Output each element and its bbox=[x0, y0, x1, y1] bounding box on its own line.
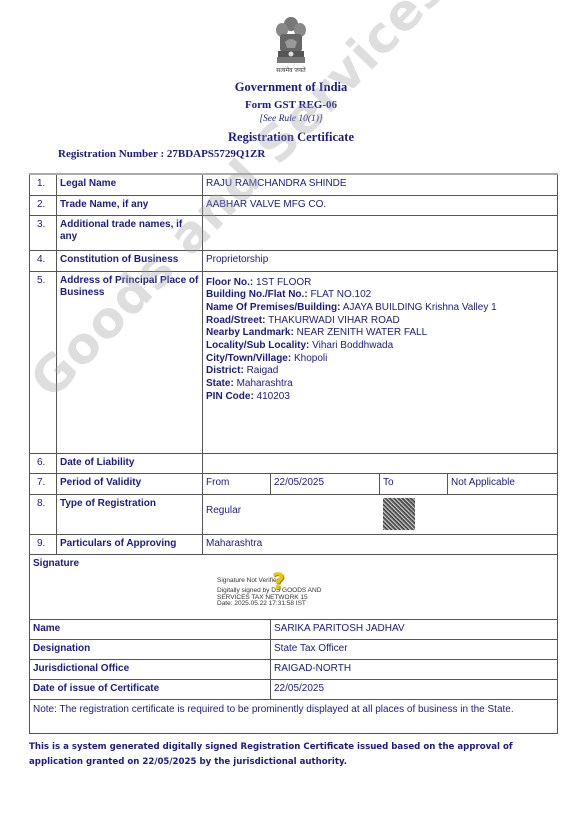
jurisdictional-office-label: Jurisdictional Office bbox=[30, 659, 271, 679]
table-row: 4. Constitution of Business Proprietorsh… bbox=[30, 250, 558, 271]
table-row: 9. Particulars of Approving Maharashtra bbox=[30, 534, 558, 554]
address-road: Road/Street: THAKURWADI VIHAR ROAD bbox=[206, 315, 554, 328]
table-row: 2. Trade Name, if any AABHAR VALVE MFG C… bbox=[30, 195, 558, 215]
row-number: 6. bbox=[30, 453, 57, 473]
table-row: 5. Address of Principal Place of Busines… bbox=[30, 271, 558, 453]
address-label: Address of Principal Place of Business bbox=[57, 271, 203, 453]
table-row: 8. Type of Registration Regular bbox=[30, 494, 558, 534]
date-of-liability-value bbox=[203, 453, 558, 473]
trade-name-label: Trade Name, if any bbox=[57, 195, 203, 215]
particulars-of-approving-label: Particulars of Approving bbox=[57, 534, 203, 554]
signature-status: Signature Not Verified bbox=[217, 578, 321, 585]
government-title: Government of India bbox=[0, 80, 582, 95]
jurisdictional-office-value: RAIGAD-NORTH bbox=[271, 659, 558, 679]
signature-label: Signature bbox=[33, 558, 554, 570]
note-row: Note: The registration certificate is re… bbox=[30, 699, 558, 733]
address-pin: PIN Code: 410203 bbox=[206, 391, 554, 404]
address-premises: Name Of Premises/Building: AJAYA BUILDIN… bbox=[206, 302, 554, 315]
row-number: 5. bbox=[30, 271, 57, 453]
date-of-issue-value: 22/05/2025 bbox=[271, 679, 558, 699]
type-of-registration-value: Regular bbox=[203, 494, 558, 534]
registration-details-table: 1. Legal Name RAJU RAMCHANDRA SHINDE 2. … bbox=[29, 173, 558, 734]
address-floor: Floor No.: 1ST FLOOR bbox=[206, 277, 554, 290]
registration-number: Registration Number : 27BDAPS5729Q1ZR bbox=[58, 148, 265, 160]
registration-type: Regular bbox=[206, 505, 241, 517]
date-of-issue-label: Date of issue of Certificate bbox=[30, 679, 271, 699]
officer-row: Date of issue of Certificate 22/05/2025 bbox=[30, 679, 558, 699]
type-of-registration-label: Type of Registration bbox=[57, 494, 203, 534]
address-state: State: Maharashtra bbox=[206, 378, 554, 391]
signature-block: Signature Signature Not Verified Digital… bbox=[33, 558, 554, 616]
table-row: 1. Legal Name RAJU RAMCHANDRA SHINDE bbox=[30, 174, 558, 195]
table-row: 7. Period of Validity From 22/05/2025 To… bbox=[30, 473, 558, 494]
officer-row: Name SARIKA PARITOSH JADHAV bbox=[30, 619, 558, 639]
validity-from-label: From bbox=[203, 473, 271, 494]
address-value: Floor No.: 1ST FLOOR Building No./Flat N… bbox=[203, 271, 558, 453]
signature-date: Date: 2025.05.22 17:31:58 IST bbox=[217, 601, 321, 608]
particulars-of-approving-value: Maharashtra bbox=[203, 534, 558, 554]
note-text: Note: The registration certificate is re… bbox=[30, 699, 558, 733]
footer-statement: This is a system generated digitally sig… bbox=[29, 740, 554, 770]
row-number: 4. bbox=[30, 250, 57, 271]
signature-row: Signature Signature Not Verified Digital… bbox=[30, 554, 558, 619]
officer-row: Designation State Tax Officer bbox=[30, 639, 558, 659]
address-city: City/Town/Village: Khopoli bbox=[206, 353, 554, 366]
question-mark-icon: ? bbox=[272, 580, 285, 587]
row-number: 7. bbox=[30, 473, 57, 494]
officer-name-label: Name bbox=[30, 619, 271, 639]
table-row: 6. Date of Liability bbox=[30, 453, 558, 473]
row-number: 8. bbox=[30, 494, 57, 534]
validity-from-value: 22/05/2025 bbox=[271, 473, 380, 494]
certificate-title: Registration Certificate bbox=[0, 130, 582, 145]
designation-value: State Tax Officer bbox=[271, 639, 558, 659]
officer-name-value: SARIKA PARITOSH JADHAV bbox=[271, 619, 558, 639]
date-of-liability-label: Date of Liability bbox=[57, 453, 203, 473]
constitution-label: Constitution of Business bbox=[57, 250, 203, 271]
emblem-motto: सत्यमेव जयते bbox=[0, 66, 582, 74]
legal-name-label: Legal Name bbox=[57, 174, 203, 195]
legal-name-value: RAJU RAMCHANDRA SHINDE bbox=[203, 174, 558, 195]
row-number: 9. bbox=[30, 534, 57, 554]
validity-to-label: To bbox=[380, 473, 448, 494]
period-of-validity-label: Period of Validity bbox=[57, 473, 203, 494]
rule-reference: [See Rule 10(1)] bbox=[0, 114, 582, 124]
address-district: District: Raigad bbox=[206, 365, 554, 378]
officer-row: Jurisdictional Office RAIGAD-NORTH bbox=[30, 659, 558, 679]
signature-cell: Signature Signature Not Verified Digital… bbox=[30, 554, 558, 619]
trade-name-value: AABHAR VALVE MFG CO. bbox=[203, 195, 558, 215]
constitution-value: Proprietorship bbox=[203, 250, 558, 271]
address-building: Building No./Flat No.: FLAT NO.102 bbox=[206, 289, 554, 302]
form-title: Form GST REG-06 bbox=[0, 99, 582, 111]
address-landmark: Nearby Landmark: NEAR ZENITH WATER FALL bbox=[206, 327, 554, 340]
qr-code-icon bbox=[383, 498, 415, 530]
additional-trade-names-value bbox=[203, 215, 558, 250]
additional-trade-names-label: Additional trade names, if any bbox=[57, 215, 203, 250]
validity-to-value: Not Applicable bbox=[448, 473, 558, 494]
designation-label: Designation bbox=[30, 639, 271, 659]
digital-signature-stamp: Signature Not Verified Digitally signed … bbox=[217, 578, 321, 608]
row-number: 3. bbox=[30, 215, 57, 250]
table-row: 3. Additional trade names, if any bbox=[30, 215, 558, 250]
address-locality: Locality/Sub Locality: Vihari Boddhwada bbox=[206, 340, 554, 353]
row-number: 1. bbox=[30, 174, 57, 195]
row-number: 2. bbox=[30, 195, 57, 215]
